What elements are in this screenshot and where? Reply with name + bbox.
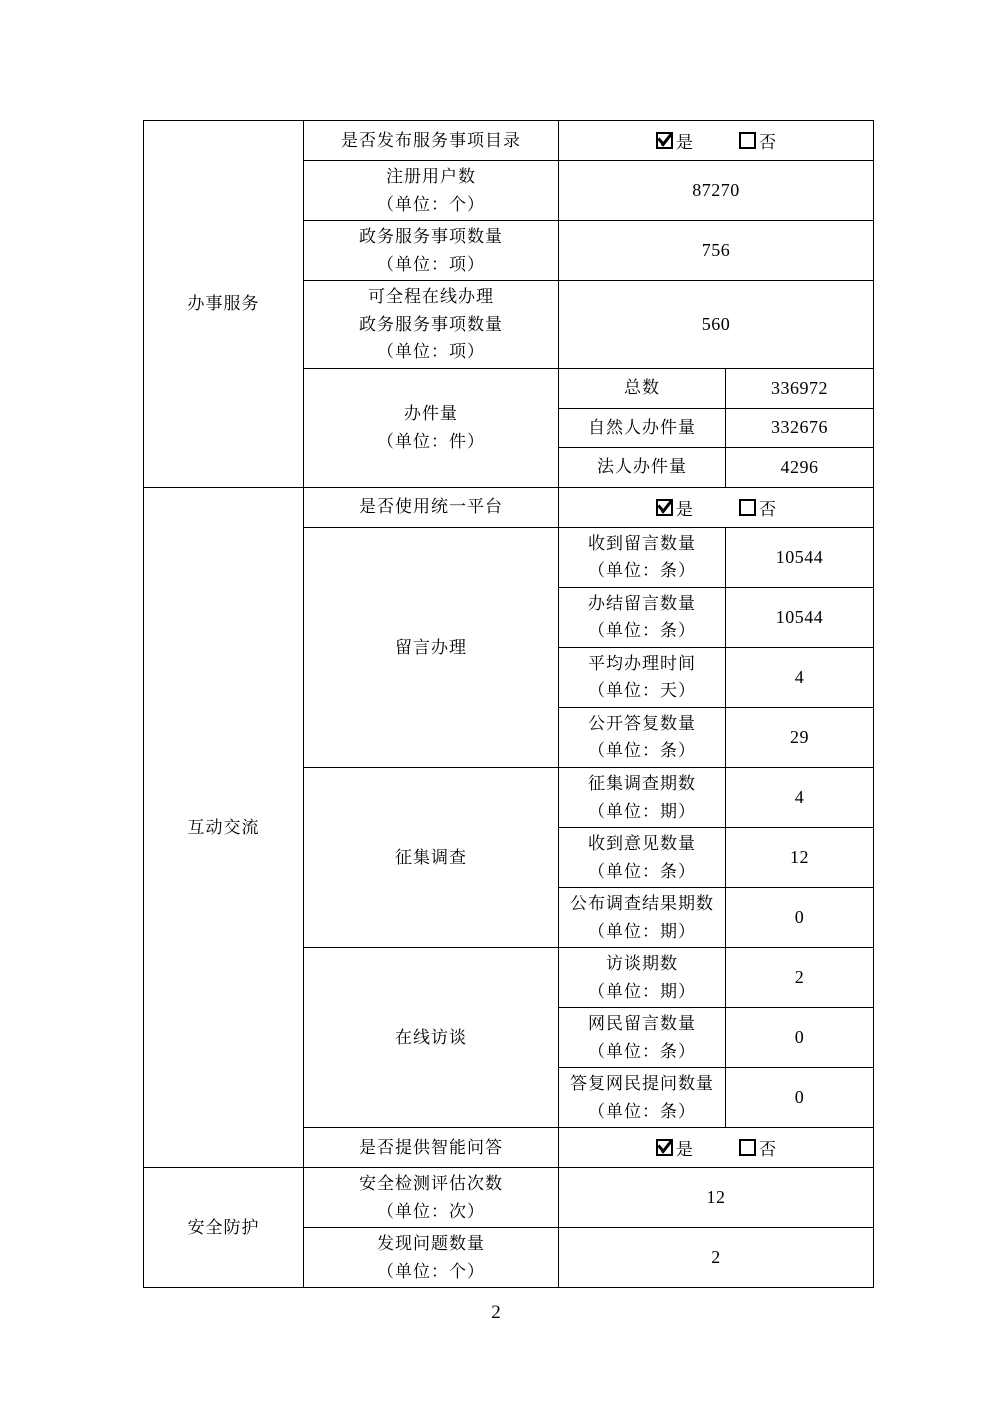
subrow-value-interview-issues: 2: [726, 948, 874, 1008]
subrow-value-legal-person: 4296: [726, 447, 874, 487]
subrow-value-total: 336972: [726, 368, 874, 408]
yes-option: 是: [656, 1135, 693, 1160]
subrow-label-opinions-received: 收到意见数量 （单位：条）: [559, 828, 726, 888]
subrow-value-survey-issues: 4: [726, 767, 874, 827]
checkbox-unchecked-icon: [739, 132, 756, 149]
checkbox-unchecked-icon: [739, 1139, 756, 1156]
row-value-problems-found: 2: [559, 1228, 874, 1288]
row-label-registered-users: 注册用户数 （单位：个）: [304, 161, 559, 221]
subrow-value-messages-received: 10544: [726, 527, 874, 587]
checkbox-unchecked-icon: [739, 499, 756, 516]
yes-option: 是: [656, 495, 693, 520]
subrow-value-questions-answered: 0: [726, 1068, 874, 1128]
row-label-smart-qa: 是否提供智能问答: [304, 1128, 559, 1168]
subrow-label-messages-resolved: 办结留言数量 （单位：条）: [559, 587, 726, 647]
no-option: 否: [739, 1135, 776, 1160]
row-label-problems-found: 发现问题数量 （单位：个）: [304, 1228, 559, 1288]
row-label-security-checks: 安全检测评估次数 （单位：次）: [304, 1168, 559, 1228]
section-security-label: 安全防护: [144, 1168, 304, 1288]
yesno-cell-service-catalog: 是 否: [559, 121, 874, 161]
no-label: 否: [759, 1135, 776, 1160]
subrow-value-netizen-messages: 0: [726, 1008, 874, 1068]
row-label-case-volume: 办件量 （单位：件）: [304, 368, 559, 487]
subrow-label-results-published: 公布调查结果期数 （单位：期）: [559, 888, 726, 948]
report-table: 办事服务 是否发布服务事项目录 是 否 注册用户数 （单位：个） 87270 政…: [143, 120, 874, 1288]
row-label-online-service-items: 可全程在线办理 政务服务事项数量 （单位：项）: [304, 281, 559, 369]
subrow-label-interview-issues: 访谈期数 （单位：期）: [559, 948, 726, 1008]
subrow-label-avg-handling-time: 平均办理时间 （单位：天）: [559, 647, 726, 707]
row-label-service-items: 政务服务事项数量 （单位：项）: [304, 221, 559, 281]
yes-label: 是: [676, 1135, 693, 1160]
subrow-label-public-replies: 公开答复数量 （单位：条）: [559, 707, 726, 767]
yesno-cell-smart-qa: 是 否: [559, 1128, 874, 1168]
row-label-survey: 征集调查: [304, 767, 559, 947]
row-label-service-catalog: 是否发布服务事项目录: [304, 121, 559, 161]
checkbox-checked-icon: [656, 499, 673, 516]
subrow-label-legal-person: 法人办件量: [559, 447, 726, 487]
page-number: 2: [0, 1302, 992, 1324]
subrow-label-messages-received: 收到留言数量 （单位：条）: [559, 527, 726, 587]
no-option: 否: [739, 128, 776, 153]
row-value-service-items: 756: [559, 221, 874, 281]
yes-label: 是: [676, 495, 693, 520]
subrow-value-opinions-received: 12: [726, 828, 874, 888]
subrow-label-survey-issues: 征集调查期数 （单位：期）: [559, 767, 726, 827]
subrow-label-questions-answered: 答复网民提问数量 （单位：条）: [559, 1068, 726, 1128]
subrow-value-avg-handling-time: 4: [726, 647, 874, 707]
row-value-security-checks: 12: [559, 1168, 874, 1228]
row-label-online-interview: 在线访谈: [304, 948, 559, 1128]
subrow-value-messages-resolved: 10544: [726, 587, 874, 647]
checkbox-checked-icon: [656, 1139, 673, 1156]
checkbox-checked-icon: [656, 132, 673, 149]
yesno-cell-unified-platform: 是 否: [559, 487, 874, 527]
subrow-value-natural-person: 332676: [726, 408, 874, 447]
row-label-message-handling: 留言办理: [304, 527, 559, 767]
row-value-registered-users: 87270: [559, 161, 874, 221]
no-label: 否: [759, 128, 776, 153]
no-option: 否: [739, 495, 776, 520]
yes-option: 是: [656, 128, 693, 153]
section-service-label: 办事服务: [144, 121, 304, 488]
row-label-unified-platform: 是否使用统一平台: [304, 487, 559, 527]
subrow-value-public-replies: 29: [726, 707, 874, 767]
subrow-label-netizen-messages: 网民留言数量 （单位：条）: [559, 1008, 726, 1068]
no-label: 否: [759, 495, 776, 520]
subrow-label-natural-person: 自然人办件量: [559, 408, 726, 447]
subrow-value-results-published: 0: [726, 888, 874, 948]
section-interaction-label: 互动交流: [144, 487, 304, 1168]
subrow-label-total: 总数: [559, 368, 726, 408]
row-value-online-service-items: 560: [559, 281, 874, 369]
yes-label: 是: [676, 128, 693, 153]
